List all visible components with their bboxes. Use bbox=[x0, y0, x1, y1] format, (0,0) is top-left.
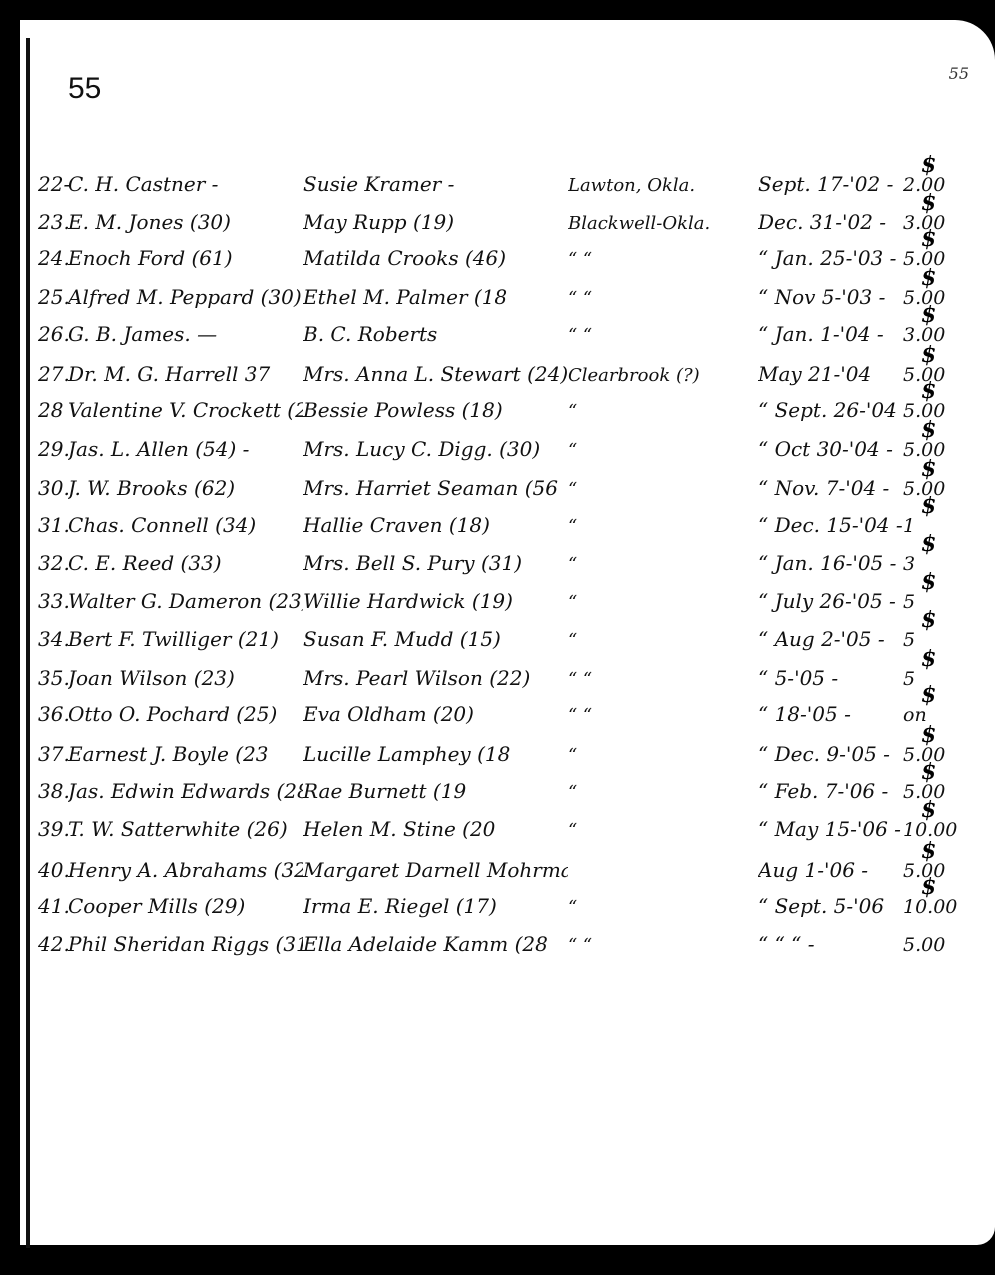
entry-date: May 21-'04 bbox=[758, 362, 903, 386]
entry-bride: Mrs. Pearl Wilson (22) bbox=[303, 666, 568, 690]
entry-date: “ May 15-'06 - bbox=[758, 817, 903, 841]
dollar-sign-icon: $ bbox=[921, 226, 936, 252]
entry-place: “ “ bbox=[568, 705, 758, 726]
ledger-page: 55 55 22-C. H. Castner -Susie Kramer -La… bbox=[20, 20, 995, 1245]
entry-groom: Otto O. Pochard (25) bbox=[68, 702, 303, 726]
entry-date: “ Jan. 25-'03 - bbox=[758, 246, 903, 270]
entry-place: “ “ bbox=[568, 249, 758, 270]
fee-amount: 1 bbox=[903, 515, 915, 537]
entry-num: 42. bbox=[38, 932, 68, 956]
entry-groom: Valentine V. Crockett (26 bbox=[68, 398, 303, 422]
entry-place: “ bbox=[568, 820, 758, 841]
dollar-sign-icon: $ bbox=[921, 190, 936, 216]
entry-date: “ Nov 5-'03 - bbox=[758, 285, 903, 309]
entry-groom: Jas. L. Allen (54) - bbox=[68, 437, 303, 461]
entry-groom: Jas. Edwin Edwards (28 bbox=[68, 779, 303, 803]
dollar-sign-icon: $ bbox=[921, 265, 936, 291]
entry-groom: Alfred M. Peppard (30) bbox=[68, 285, 303, 309]
dollar-sign-icon: $ bbox=[921, 874, 936, 900]
entry-bride: Bessie Powless (18) bbox=[303, 398, 568, 422]
entry-num: 24. bbox=[38, 246, 68, 270]
entry-place: “ “ bbox=[568, 325, 758, 346]
ledger-entry: 34.Bert F. Twilliger (21)Susan F. Mudd (… bbox=[38, 615, 993, 651]
entry-place: “ “ bbox=[568, 935, 758, 956]
entry-bride: Susan F. Mudd (15) bbox=[303, 627, 568, 651]
entry-date: Sept. 17-'02 - bbox=[758, 172, 903, 196]
ledger-entry: 39.T. W. Satterwhite (26)Helen M. Stine … bbox=[38, 805, 993, 841]
entry-place: “ bbox=[568, 479, 758, 500]
entry-date: Aug 1-'06 - bbox=[758, 858, 903, 882]
dollar-sign-icon: $ bbox=[921, 342, 936, 368]
entry-groom: Walter G. Dameron (23) - bbox=[68, 589, 303, 613]
ledger-entry: 38.Jas. Edwin Edwards (28Rae Burnett (19… bbox=[38, 767, 993, 803]
entry-num: 33. bbox=[38, 589, 68, 613]
entry-fee: 5.00 bbox=[903, 934, 963, 956]
ledger-entry: 23.E. M. Jones (30)May Rupp (19)Blackwel… bbox=[38, 198, 993, 234]
entry-groom: Chas. Connell (34) bbox=[68, 513, 303, 537]
entry-bride: Mrs. Harriet Seaman (56 bbox=[303, 476, 568, 500]
entry-date: “ Nov. 7-'04 - bbox=[758, 476, 903, 500]
entry-date: “ Dec. 15-'04 - bbox=[758, 513, 903, 537]
entry-bride: Rae Burnett (19 bbox=[303, 779, 568, 803]
ledger-entry: 42.Phil Sheridan Riggs (31)Ella Adelaide… bbox=[38, 920, 993, 956]
entry-num: 31. bbox=[38, 513, 68, 537]
entry-date: “ Aug 2-'05 - bbox=[758, 627, 903, 651]
entry-num: 28 bbox=[38, 398, 68, 422]
dollar-sign-icon: $ bbox=[921, 378, 936, 404]
entry-place: Blackwell-Okla. bbox=[568, 213, 758, 234]
entry-place: “ bbox=[568, 745, 758, 766]
entry-num: 25. bbox=[38, 285, 68, 309]
page-number: 55 bbox=[68, 72, 101, 106]
ledger-entry: 29.Jas. L. Allen (54) -Mrs. Lucy C. Digg… bbox=[38, 425, 993, 461]
entry-groom: G. B. James. — bbox=[68, 322, 303, 346]
dollar-sign-icon: $ bbox=[921, 531, 936, 557]
entry-date: “ “ “ - bbox=[758, 932, 903, 956]
dollar-sign-icon: $ bbox=[921, 417, 936, 443]
entry-date: “ July 26-'05 - bbox=[758, 589, 903, 613]
entry-bride: Susie Kramer - bbox=[303, 172, 568, 196]
entry-bride: Eva Oldham (20) bbox=[303, 702, 568, 726]
ledger-entry: 35.Joan Wilson (23)Mrs. Pearl Wilson (22… bbox=[38, 654, 993, 690]
entry-groom: Enoch Ford (61) bbox=[68, 246, 303, 270]
dollar-sign-icon: $ bbox=[921, 569, 936, 595]
entry-bride: May Rupp (19) bbox=[303, 210, 568, 234]
ledger-entry: 28Valentine V. Crockett (26Bessie Powles… bbox=[38, 386, 993, 422]
entry-place: “ bbox=[568, 592, 758, 613]
entry-groom: C. E. Reed (33) bbox=[68, 551, 303, 575]
dollar-sign-icon: $ bbox=[921, 682, 936, 708]
entry-date: “ 5-'05 - bbox=[758, 666, 903, 690]
entry-num: 22- bbox=[38, 172, 68, 196]
entry-num: 26. bbox=[38, 322, 68, 346]
entry-num: 41. bbox=[38, 894, 68, 918]
entry-bride: Willie Hardwick (19) bbox=[303, 589, 568, 613]
entry-groom: E. M. Jones (30) bbox=[68, 210, 303, 234]
entry-date: “ Oct 30-'04 - bbox=[758, 437, 903, 461]
entry-place: “ bbox=[568, 554, 758, 575]
fee-amount: 5 bbox=[903, 591, 915, 613]
ledger-entry: 22-C. H. Castner -Susie Kramer -Lawton, … bbox=[38, 160, 993, 196]
entry-num: 32. bbox=[38, 551, 68, 575]
entry-groom: Bert F. Twilliger (21) bbox=[68, 627, 303, 651]
entry-fee: $10.00 bbox=[903, 896, 963, 918]
ledger-entry: 30.J. W. Brooks (62)Mrs. Harriet Seaman … bbox=[38, 464, 993, 500]
dollar-sign-icon: $ bbox=[921, 607, 936, 633]
entry-date: “ Jan. 16-'05 - bbox=[758, 551, 903, 575]
entry-bride: Matilda Crooks (46) bbox=[303, 246, 568, 270]
fee-amount: 5 bbox=[903, 668, 915, 690]
entry-groom: Henry A. Abrahams (32) bbox=[68, 858, 303, 882]
entry-num: 30. bbox=[38, 476, 68, 500]
entry-bride: Ella Adelaide Kamm (28 bbox=[303, 932, 568, 956]
ledger-entry: 41.Cooper Mills (29)Irma E. Riegel (17)“… bbox=[38, 882, 993, 918]
entry-date: Dec. 31-'02 - bbox=[758, 210, 903, 234]
fee-amount: 5 bbox=[903, 629, 915, 651]
entry-bride: Mrs. Lucy C. Digg. (30) bbox=[303, 437, 568, 461]
dollar-sign-icon: $ bbox=[921, 797, 936, 823]
entry-groom: J. W. Brooks (62) bbox=[68, 476, 303, 500]
dollar-sign-icon: $ bbox=[921, 493, 936, 519]
entry-groom: Phil Sheridan Riggs (31) bbox=[68, 932, 303, 956]
entry-bride: Lucille Lamphey (18 bbox=[303, 742, 568, 766]
entry-place: “ bbox=[568, 516, 758, 537]
entry-place: “ bbox=[568, 630, 758, 651]
entry-num: 38. bbox=[38, 779, 68, 803]
dollar-sign-icon: $ bbox=[921, 759, 936, 785]
entry-bride: Ethel M. Palmer (18 bbox=[303, 285, 568, 309]
entry-bride: B. C. Roberts bbox=[303, 322, 568, 346]
entry-place: “ bbox=[568, 401, 758, 422]
entry-bride: Margaret Darnell Mohrman (22) bbox=[303, 858, 568, 882]
entry-bride: Mrs. Anna L. Stewart (24) bbox=[303, 362, 568, 386]
entry-bride: Hallie Craven (18) bbox=[303, 513, 568, 537]
entry-place: Clearbrook (?) bbox=[568, 365, 758, 386]
entry-num: 37. bbox=[38, 742, 68, 766]
entry-groom: C. H. Castner - bbox=[68, 172, 303, 196]
entry-num: 35. bbox=[38, 666, 68, 690]
entry-date: “ Sept. 5-'06 bbox=[758, 894, 903, 918]
dollar-sign-icon: $ bbox=[921, 838, 936, 864]
entry-num: 34. bbox=[38, 627, 68, 651]
entry-bride: Mrs. Bell S. Pury (31) bbox=[303, 551, 568, 575]
fee-amount: 3 bbox=[903, 553, 915, 575]
ledger-entry: 27.Dr. M. G. Harrell 37Mrs. Anna L. Stew… bbox=[38, 350, 993, 386]
ledger-entry: 31.Chas. Connell (34)Hallie Craven (18)“… bbox=[38, 501, 993, 537]
ledger-entry: 32.C. E. Reed (33)Mrs. Bell S. Pury (31)… bbox=[38, 539, 993, 575]
entry-groom: Earnest J. Boyle (23 bbox=[68, 742, 303, 766]
entry-date: “ Sept. 26-'04 - bbox=[758, 398, 903, 422]
entry-date: “ Jan. 1-'04 - bbox=[758, 322, 903, 346]
entry-num: 40. bbox=[38, 858, 68, 882]
dollar-sign-icon: $ bbox=[921, 152, 936, 178]
dollar-sign-icon: $ bbox=[921, 646, 936, 672]
ledger-entry: 33.Walter G. Dameron (23) -Willie Hardwi… bbox=[38, 577, 993, 613]
ledger-entry: 36.Otto O. Pochard (25)Eva Oldham (20)“ … bbox=[38, 690, 993, 726]
corner-annotation: 55 bbox=[949, 64, 969, 83]
entry-date: “ Dec. 9-'05 - bbox=[758, 742, 903, 766]
dollar-sign-icon: $ bbox=[921, 456, 936, 482]
entry-groom: T. W. Satterwhite (26) bbox=[68, 817, 303, 841]
entry-num: 39. bbox=[38, 817, 68, 841]
ledger-entry: 25.Alfred M. Peppard (30)Ethel M. Palmer… bbox=[38, 273, 993, 309]
entry-place: “ bbox=[568, 782, 758, 803]
entry-groom: Cooper Mills (29) bbox=[68, 894, 303, 918]
entry-date: “ Feb. 7-'06 - bbox=[758, 779, 903, 803]
entry-num: 23. bbox=[38, 210, 68, 234]
entry-groom: Joan Wilson (23) bbox=[68, 666, 303, 690]
dollar-sign-icon: $ bbox=[921, 302, 936, 328]
ledger-entry: 40.Henry A. Abrahams (32)Margaret Darnel… bbox=[38, 846, 993, 882]
entry-place: “ bbox=[568, 897, 758, 918]
entry-place: “ “ bbox=[568, 288, 758, 309]
entry-date: “ 18-'05 - bbox=[758, 702, 903, 726]
entry-place: Lawton, Okla. bbox=[568, 175, 758, 196]
ledger-entry: 37.Earnest J. Boyle (23Lucille Lamphey (… bbox=[38, 730, 993, 766]
binding-rule bbox=[26, 38, 30, 1248]
ledger-entry: 26.G. B. James. —B. C. Roberts“ ““ Jan. … bbox=[38, 310, 993, 346]
entry-num: 36. bbox=[38, 702, 68, 726]
entry-place: “ bbox=[568, 440, 758, 461]
entry-num: 27. bbox=[38, 362, 68, 386]
entry-bride: Helen M. Stine (20 bbox=[303, 817, 568, 841]
entry-groom: Dr. M. G. Harrell 37 bbox=[68, 362, 303, 386]
fee-amount: 5.00 bbox=[903, 934, 945, 956]
entry-place: “ “ bbox=[568, 669, 758, 690]
ledger-entry: 24.Enoch Ford (61)Matilda Crooks (46)“ “… bbox=[38, 234, 993, 270]
entry-bride: Irma E. Riegel (17) bbox=[303, 894, 568, 918]
dollar-sign-icon: $ bbox=[921, 722, 936, 748]
entry-num: 29. bbox=[38, 437, 68, 461]
